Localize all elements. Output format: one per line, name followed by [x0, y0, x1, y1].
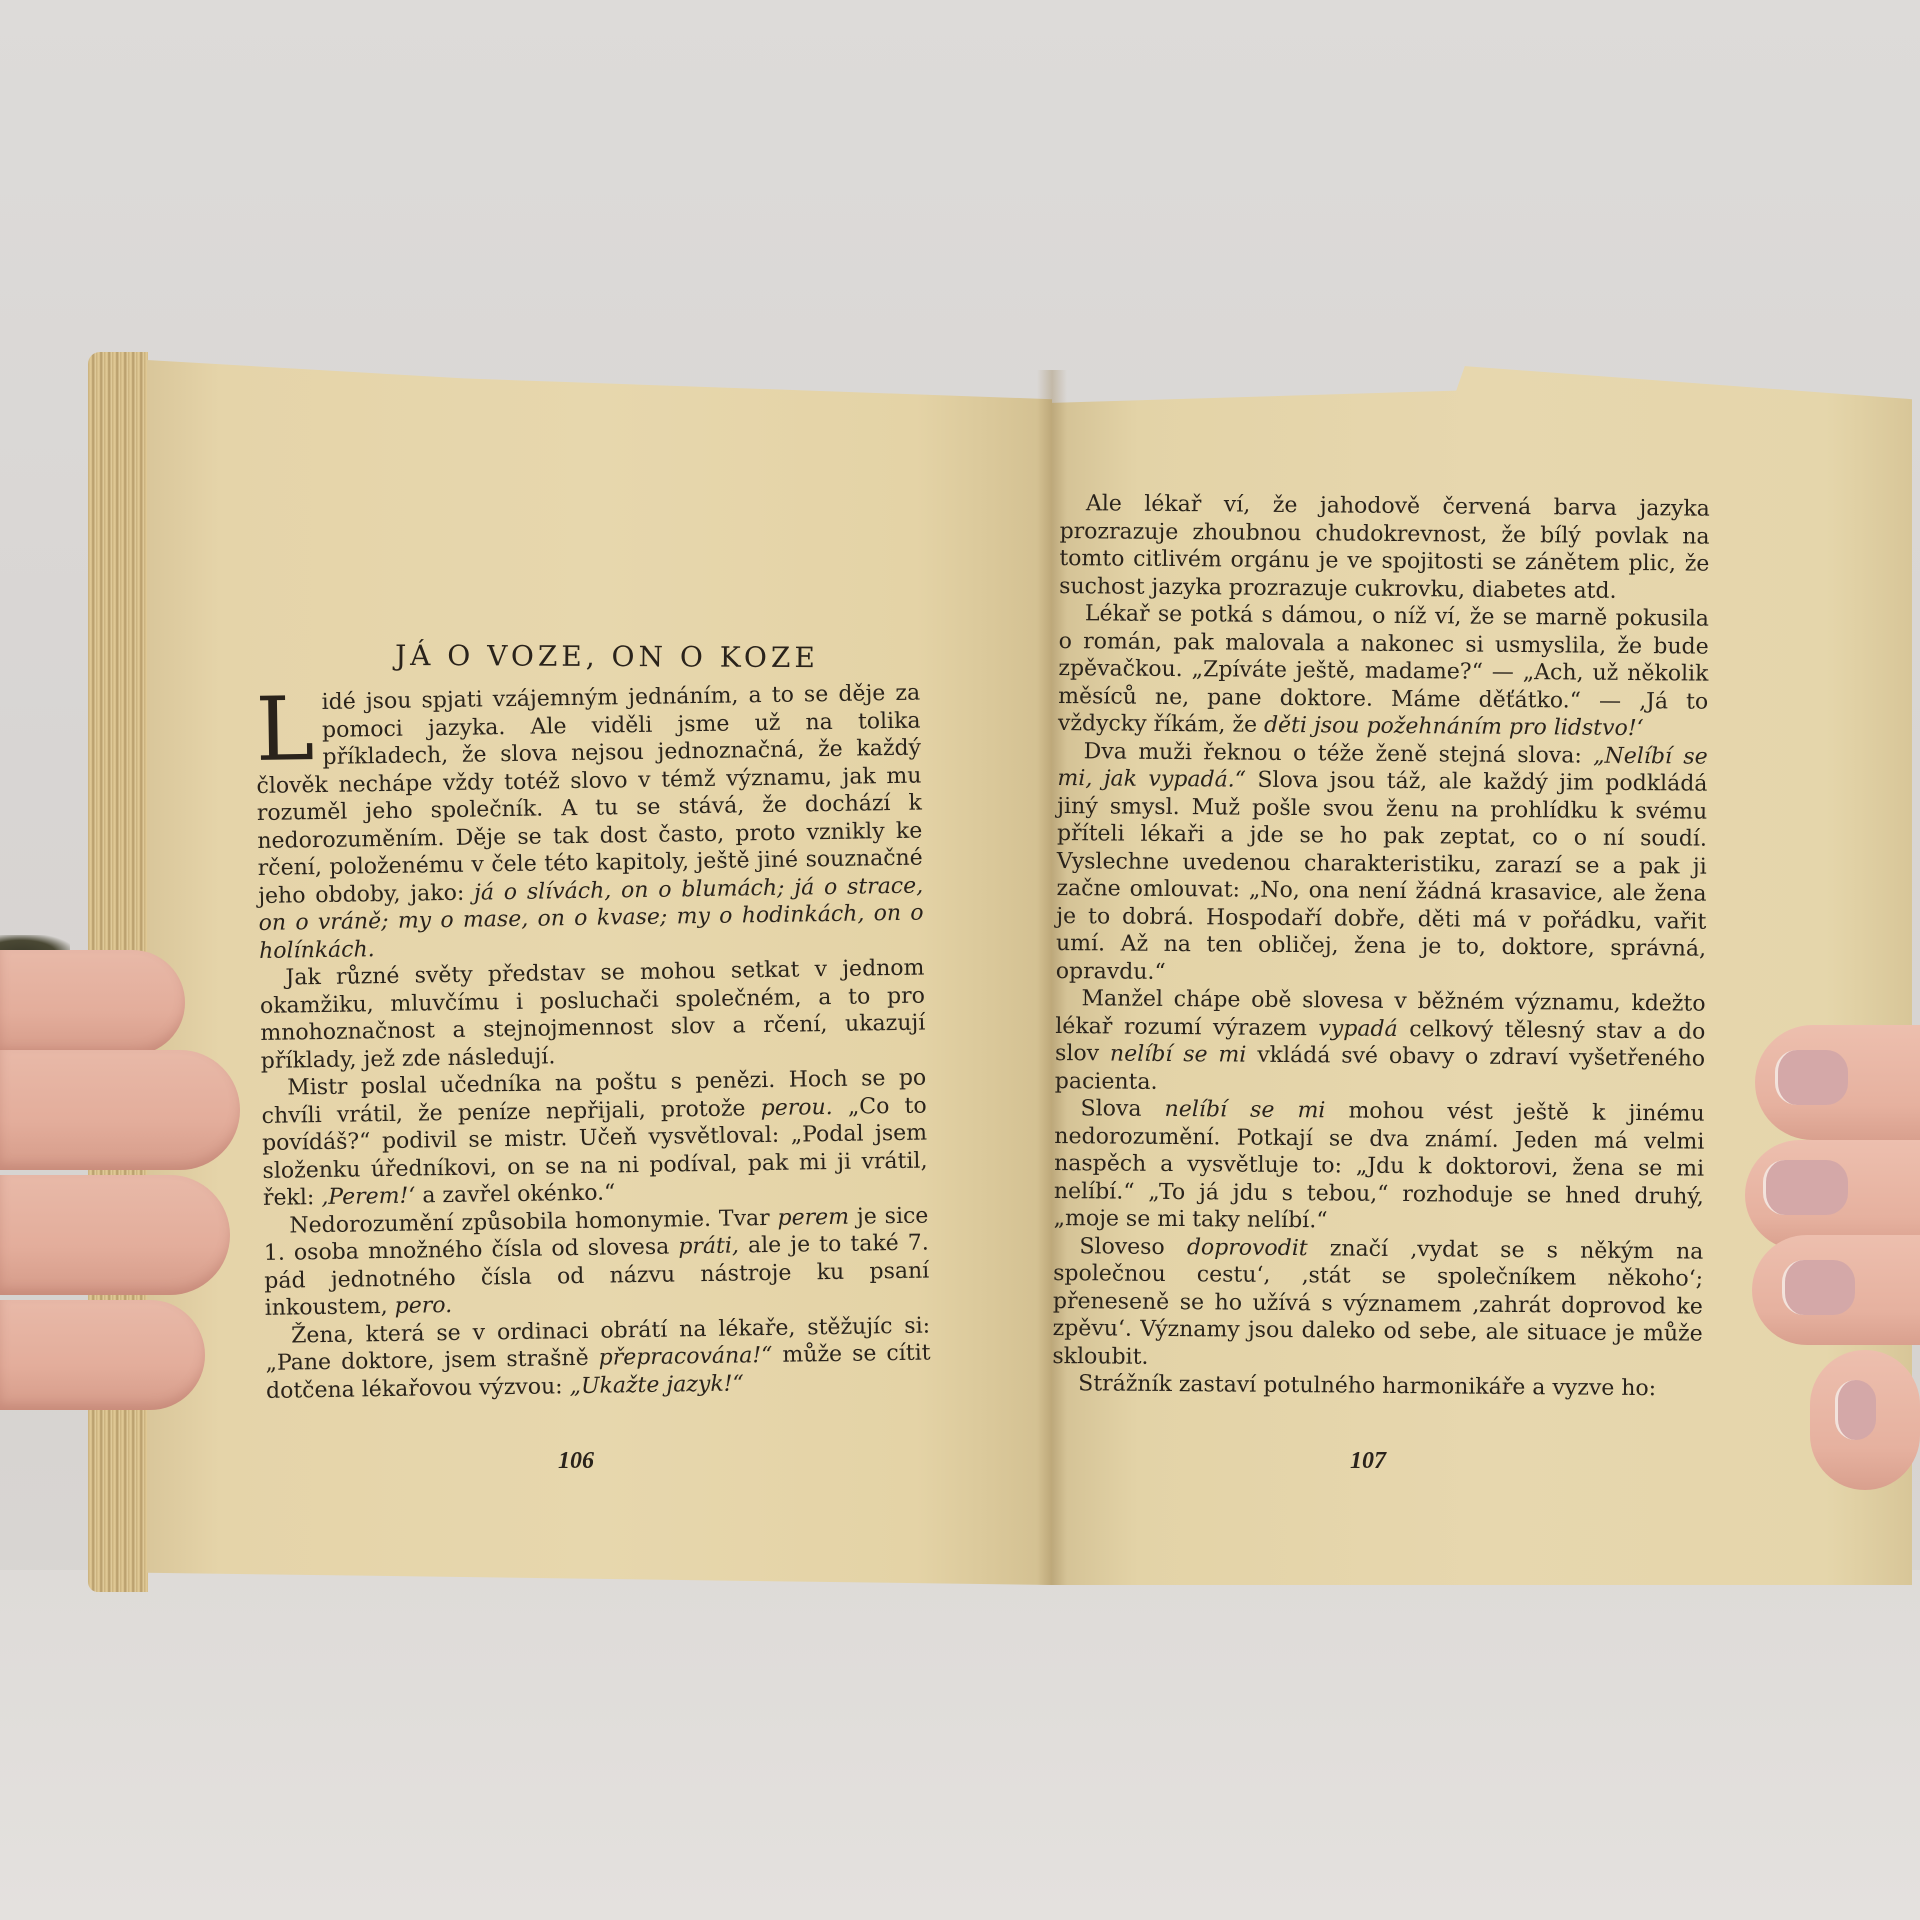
left-hand: [0, 950, 250, 1530]
paragraph: Slova nelíbí se mi mohou vést ještě k ji…: [1054, 1095, 1705, 1238]
right-page-text: Ale lékař ví, že jahodově červená barva …: [1052, 490, 1710, 1403]
finger: [0, 1050, 240, 1170]
paragraph: Strážník zastaví potulného harmonikáře a…: [1052, 1370, 1702, 1403]
finger: [0, 1175, 230, 1295]
finger: [0, 950, 185, 1055]
thumbnail: [1835, 1380, 1876, 1440]
paragraph: Ale lékař ví, že jahodově červená barva …: [1059, 490, 1710, 606]
paragraph: Sloveso doprovodit značí ‚vydat se s něk…: [1052, 1232, 1703, 1375]
chapter-title: JÁ O VOZE, ON O KOZE: [395, 639, 819, 674]
paragraph: Dva muži řeknou o téže ženě stejná slova…: [1056, 737, 1708, 990]
finger: [1755, 1025, 1920, 1140]
page-number-right: 107: [1350, 1448, 1386, 1475]
paragraph: Mistr poslal učedníka na poštu s penězi.…: [261, 1065, 928, 1213]
finger: [0, 1300, 205, 1410]
paragraph: Lékař se potká s dámou, o níž ví, že se …: [1058, 600, 1709, 743]
fingernail: [1775, 1050, 1848, 1105]
page-number-left: 106: [558, 1448, 594, 1475]
finger: [1745, 1140, 1920, 1250]
left-page-text: Lidé jsou spjati vzájemným jednáním, a t…: [255, 680, 931, 1405]
finger: [1752, 1235, 1920, 1345]
table-surface: [0, 1570, 1920, 1920]
fingernail: [1763, 1160, 1848, 1215]
paragraph: Nedorozumění způsobila homonymie. Tvar p…: [263, 1202, 930, 1322]
fingernail: [1782, 1260, 1855, 1315]
paragraph: Jak různé světy představ se mohou setkat…: [259, 955, 926, 1075]
drop-cap: L: [255, 693, 315, 766]
paragraph: Lidé jsou spjati vzájemným jednáním, a t…: [255, 680, 924, 965]
right-hand: [1740, 1020, 1920, 1580]
paragraph: Žena, která se v ordinaci obrátí na léka…: [265, 1312, 931, 1405]
paragraph: Manžel chápe obě slovesa v běžném význam…: [1055, 985, 1706, 1101]
thumb: [1810, 1350, 1920, 1490]
